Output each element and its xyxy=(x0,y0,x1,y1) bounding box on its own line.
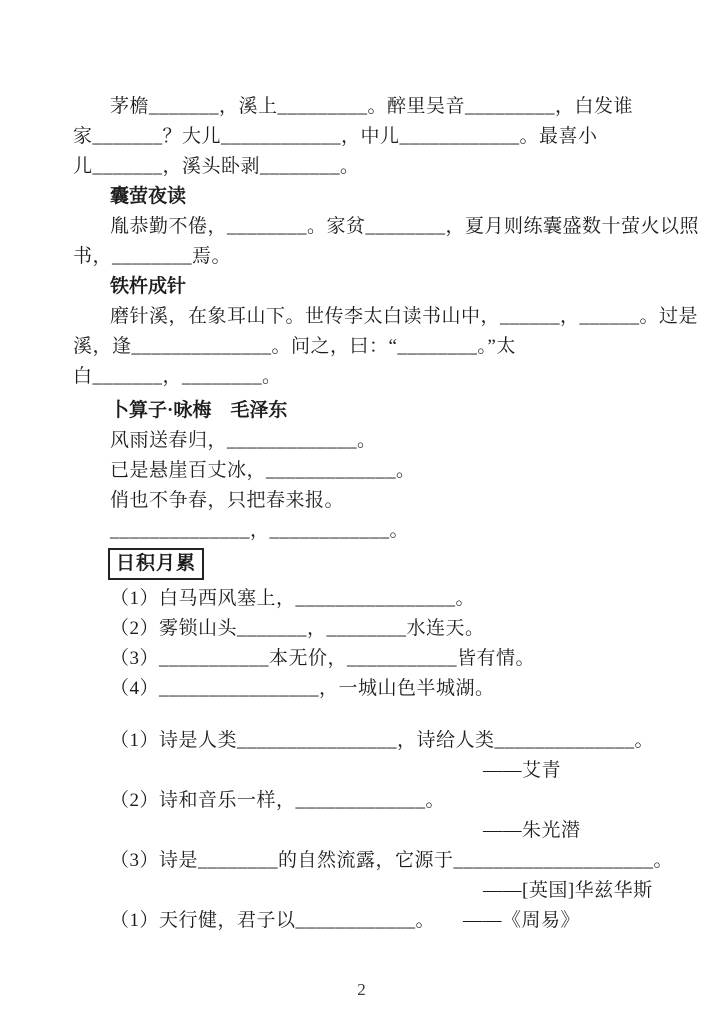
text-line: 家_______？大儿____________，中儿____________。最… xyxy=(73,122,673,152)
worksheet-page: 茅檐_______，溪上_________。醉里吴音_________，白发谁 … xyxy=(0,0,723,1024)
poem-line: ______________，____________。 xyxy=(73,516,673,546)
numbered-item: （1）白马西风塞上，________________。 xyxy=(73,584,673,614)
worksheet-content: 茅檐_______，溪上_________。醉里吴音_________，白发谁 … xyxy=(73,92,673,936)
quote-attribution: ——《周易》 xyxy=(463,910,580,931)
quote-item: （1）天行健，君子以____________。 xyxy=(110,910,435,931)
section-heading: 囊萤夜读 xyxy=(73,182,673,212)
numbered-item: （2）雾锁山头_______，________水连天。 xyxy=(73,614,673,644)
poem-line: 俏也不争春，只把春来报。 xyxy=(73,486,673,516)
poem-line: 风雨送春归，_____________。 xyxy=(73,426,673,456)
quote-item: （1）诗是人类________________，诗给人类____________… xyxy=(73,726,673,756)
poem-title: 卜算子·咏梅 毛泽东 xyxy=(73,396,673,426)
page-number: 2 xyxy=(0,980,723,1000)
quote-item-with-inline-attribution: （1）天行健，君子以____________。——《周易》 xyxy=(73,906,673,936)
quote-attribution: ——朱光潜 xyxy=(73,816,673,846)
text-line: 胤恭勤不倦，________。家贫________，夏月则练囊盛数十萤火以照 xyxy=(73,212,673,242)
quote-attribution: ——艾青 xyxy=(73,756,673,786)
text-line: 磨针溪，在象耳山下。世传李太白读书山中，______，______。过是 xyxy=(73,302,673,332)
section-riji-yuelei: 日积月累 （1）白马西风塞上，________________。 （2）雾锁山头… xyxy=(73,548,673,704)
section-poetry-quotes: （1）诗是人类________________，诗给人类____________… xyxy=(73,726,673,936)
text-line: 白_______，________。 xyxy=(73,362,673,392)
section-cunju: 茅檐_______，溪上_________。醉里吴音_________，白发谁 … xyxy=(73,92,673,182)
poem-line: 已是悬崖百丈冰，_____________。 xyxy=(73,456,673,486)
numbered-item: （4）________________，一城山色半城湖。 xyxy=(73,674,673,704)
section-busuanzi-yongmei: 卜算子·咏梅 毛泽东 风雨送春归，_____________。 已是悬崖百丈冰，… xyxy=(73,396,673,546)
section-tiechu-chengzhen: 铁杵成针 磨针溪，在象耳山下。世传李太白读书山中，______，______。过… xyxy=(73,272,673,392)
text-line: 溪，逢______________。问之，曰：“________。”太 xyxy=(73,332,673,362)
text-line: 茅檐_______，溪上_________。醉里吴音_________，白发谁 xyxy=(73,92,673,122)
text-line: 书，________焉。 xyxy=(73,242,673,272)
boxed-heading-row: 日积月累 xyxy=(108,548,673,582)
numbered-item: （3）___________本无价，___________皆有情。 xyxy=(73,644,673,674)
quote-item: （2）诗和音乐一样，_____________。 xyxy=(73,786,673,816)
quote-attribution: ——[英国]华兹华斯 xyxy=(73,876,673,906)
text-line: 儿_______，溪头卧剥________。 xyxy=(73,152,673,182)
section-heading: 铁杵成针 xyxy=(73,272,673,302)
boxed-heading: 日积月累 xyxy=(108,548,204,580)
section-nangying-yedu: 囊萤夜读 胤恭勤不倦，________。家贫________，夏月则练囊盛数十萤… xyxy=(73,182,673,272)
quote-item: （3）诗是________的自然流露，它源于__________________… xyxy=(73,846,673,876)
